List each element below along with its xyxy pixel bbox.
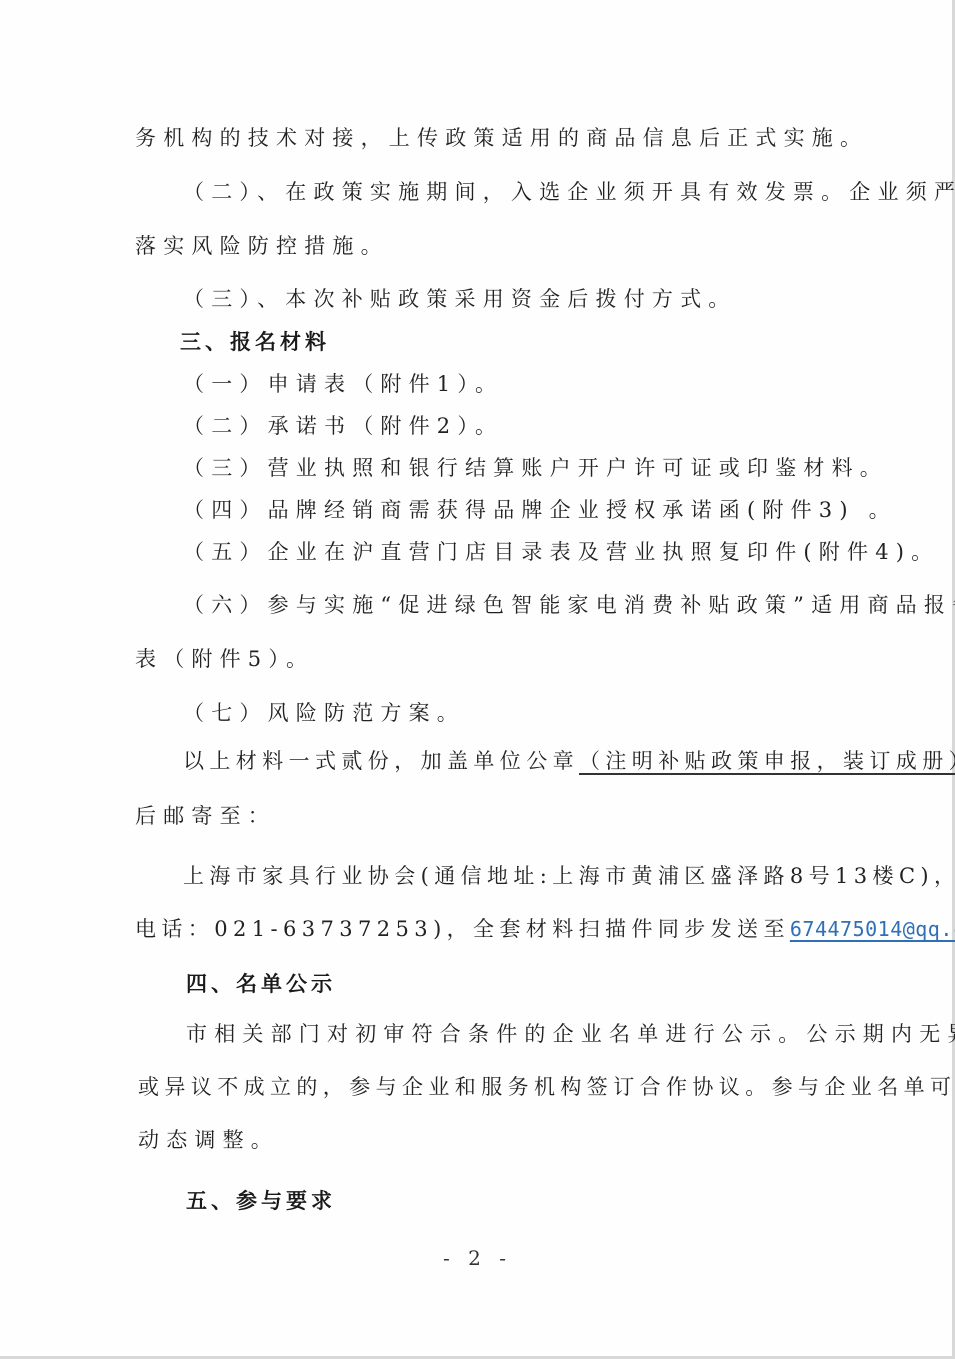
list-item: （二）承诺书（附件2）。 xyxy=(183,412,503,440)
list-item: （五）企业在沪直营门店目录表及营业执照复印件(附件4)。 xyxy=(183,538,939,566)
list-item: （七）风险防范方案。 xyxy=(183,699,465,727)
phone-text: 电话：021-63737253)，全套材料扫描件同步发送至 xyxy=(135,917,790,941)
paragraph-line: 后邮寄至： xyxy=(135,802,276,830)
list-item: （一）申请表（附件1）。 xyxy=(183,370,503,398)
paragraph-line: 务机构的技术对接，上传政策适用的商品信息后正式实施。 xyxy=(135,124,868,152)
paragraph-line: 以上材料一式贰份，加盖单位公章（注明补贴政策申报，装订成册） xyxy=(183,747,955,775)
paragraph-line: 或异议不成立的，参与企业和服务机构签订合作协议。参与企业名单可 xyxy=(138,1073,955,1101)
mailing-instruction-text: 以上材料一式贰份，加盖单位公章 xyxy=(183,749,579,773)
contact-line: 电话：021-63737253)，全套材料扫描件同步发送至674475014@q… xyxy=(135,915,955,943)
address-line: 上海市家具行业协会(通信地址:上海市黄浦区盛泽路8号13楼C)， xyxy=(183,862,955,890)
page-number: - 2 - xyxy=(0,1246,955,1270)
underlined-note: （注明补贴政策申报，装订成册） xyxy=(579,749,955,773)
section-heading-list-publicity: 四、名单公示 xyxy=(186,970,336,998)
paragraph-line: 动态调整。 xyxy=(138,1126,279,1154)
paragraph-line: 落实风险防控措施。 xyxy=(135,232,389,260)
list-item: （六）参与实施“促进绿色智能家电消费补贴政策”适用商品报备 xyxy=(183,591,955,619)
paragraph-line: （二）、在政策实施期间，入选企业须开具有效发票。企业须严格 xyxy=(183,178,955,206)
section-heading-requirements: 五、参与要求 xyxy=(186,1187,336,1215)
paragraph-line: 市相关部门对初审符合条件的企业名单进行公示。公示期内无异议 xyxy=(186,1020,955,1048)
document-page: 务机构的技术对接，上传政策适用的商品信息后正式实施。 （二）、在政策实施期间，入… xyxy=(0,0,955,1359)
list-item: （四）品牌经销商需获得品牌企业授权承诺函(附件3) 。 xyxy=(183,496,897,524)
list-item-continuation: 表（附件5）。 xyxy=(135,645,314,673)
paragraph-line: （三）、本次补贴政策采用资金后拨付方式。 xyxy=(183,285,737,313)
email-link[interactable]: 674475014@qq.com。 xyxy=(790,917,955,941)
list-item: （三）营业执照和银行结算账户开户许可证或印鉴材料。 xyxy=(183,454,888,482)
section-heading-materials: 三、报名材料 xyxy=(180,328,330,356)
